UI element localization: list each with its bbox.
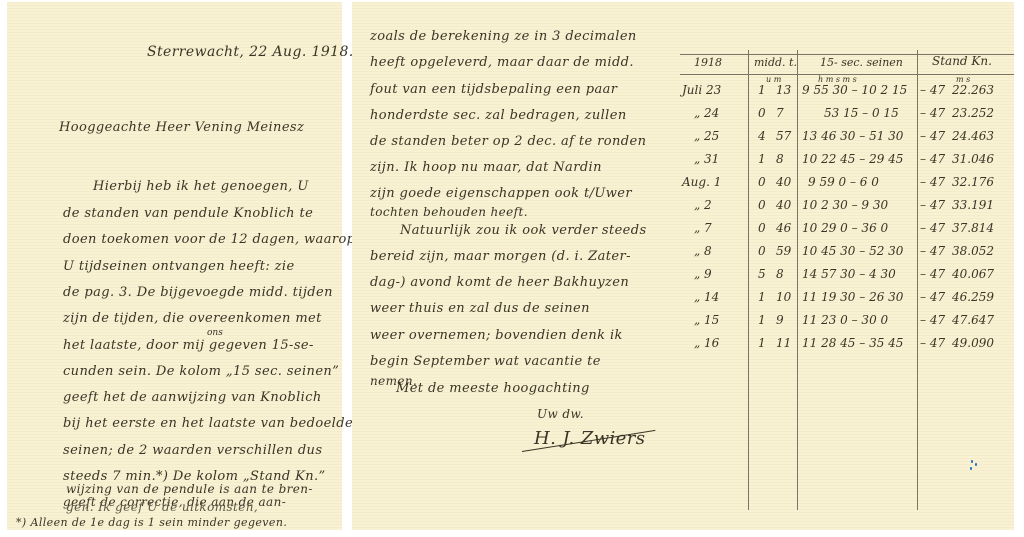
stand-s-cell: 33.191	[952, 198, 994, 212]
date-cell: „ 14	[694, 290, 719, 304]
body-line: zijn goede eigenschappen ook t/Uwer	[370, 186, 632, 201]
table-row: „ 8 0 59 10 45 30 – 52 30 – 47 38.052	[680, 244, 1014, 266]
body-line: bij het eerste en het laatste van bedoel…	[63, 416, 353, 431]
body-line: de standen beter op 2 dec. af te ronden	[370, 134, 646, 149]
stand-m-cell: – 47	[920, 83, 945, 97]
stand-m-cell: – 47	[920, 290, 945, 304]
header-midd: midd. t.	[754, 56, 797, 69]
body-line: de standen van pendule Knoblich te	[63, 206, 313, 221]
midd-m-cell: 8	[776, 267, 784, 281]
header-seinen: 15- sec. seinen	[820, 56, 903, 69]
stand-s-cell: 40.067	[952, 267, 994, 281]
interlinear-insertion: ons	[207, 328, 223, 338]
date-cell: „ 8	[694, 244, 712, 258]
seinen-cell: 10 22 45 – 29 45	[802, 152, 903, 166]
seinen-cell: 14 57 30 – 4 30	[802, 267, 896, 281]
stand-m-cell: – 47	[920, 152, 945, 166]
midd-u-cell: 0	[758, 221, 766, 235]
seinen-cell: 11 23 0 – 30 0	[802, 313, 888, 327]
stand-m-cell: – 47	[920, 244, 945, 258]
seinen-cell: 10 29 0 – 36 0	[802, 221, 888, 235]
seinen-cell: 13 46 30 – 51 30	[802, 129, 903, 143]
table-row: „ 25 4 57 13 46 30 – 51 30 – 47 24.463	[680, 129, 1014, 151]
body-line: dag-) avond komt de heer Bakhuyzen	[370, 275, 629, 290]
salutation: Hooggeachte Heer Vening Meinesz	[59, 120, 304, 135]
header-stand: Stand Kn.	[932, 54, 992, 68]
letter-page-1: Sterrewacht, 22 Aug. 1918. Hooggeachte H…	[7, 2, 342, 530]
midd-m-cell: 9	[776, 313, 784, 327]
stand-s-cell: 31.046	[952, 152, 994, 166]
midd-m-cell: 8	[776, 152, 784, 166]
letter-page-2: zoals de berekening ze in 3 decimalen he…	[352, 2, 1014, 530]
body-line: bereid zijn, maar morgen (d. i. Zater-	[370, 249, 631, 264]
dateline: Sterrewacht, 22 Aug. 1918.	[147, 44, 354, 60]
seinen-cell: 53 15 – 0 15	[824, 106, 899, 120]
table-row: Juli 23 1 13 9 55 30 – 10 2 15 – 47 22.2…	[680, 83, 1014, 105]
table-row: „ 15 1 9 11 23 0 – 30 0 – 47 47.647	[680, 313, 1014, 335]
body-line: geeft het de aanwijzing van Knoblich	[63, 390, 322, 405]
stand-m-cell: – 47	[920, 198, 945, 212]
seinen-cell: 10 45 30 – 52 30	[802, 244, 903, 258]
stand-m-cell: – 47	[920, 313, 945, 327]
date-cell: „ 16	[694, 336, 719, 350]
midd-m-cell: 7	[776, 106, 784, 120]
body-line: zijn. Ik hoop nu maar, dat Nardin	[370, 160, 602, 175]
midd-u-cell: 0	[758, 198, 766, 212]
closing-2: Uw dw.	[537, 407, 584, 421]
table-row: Aug. 1 0 40 9 59 0 – 6 0 – 47 32.176	[680, 175, 1014, 197]
pendulum-rate-table: 1918 midd. t. 15- sec. seinen Stand Kn. …	[680, 50, 1014, 510]
date-cell: Juli 23	[682, 83, 721, 97]
stand-m-cell: – 47	[920, 336, 945, 350]
body-line: doen toekomen voor de 12 dagen, waarop	[63, 232, 355, 247]
date-cell: „ 7	[694, 221, 712, 235]
stand-s-cell: 49.090	[952, 336, 994, 350]
body-line: Natuurlijk zou ik ook verder steeds	[400, 223, 647, 238]
blue-ink-mark	[970, 460, 978, 472]
table-row: „ 31 1 8 10 22 45 – 29 45 – 47 31.046	[680, 152, 1014, 174]
header-year: 1918	[694, 56, 722, 69]
body-line: wijzing van de pendule is aan te bren-	[66, 482, 313, 496]
seinen-cell: 11 28 45 – 35 45	[802, 336, 903, 350]
stand-s-cell: 47.647	[952, 313, 994, 327]
body-line: de pag. 3. De bijgevoegde midd. tijden	[63, 285, 333, 300]
midd-u-cell: 5	[758, 267, 766, 281]
closing: Met de meeste hoogachting	[396, 381, 590, 396]
stand-m-cell: – 47	[920, 129, 945, 143]
midd-u-cell: 0	[758, 244, 766, 258]
body-line: zoals de berekening ze in 3 decimalen	[370, 29, 637, 44]
date-cell: „ 25	[694, 129, 719, 143]
midd-u-cell: 4	[758, 129, 766, 143]
body-line: fout van een tijdsbepaling een paar	[370, 82, 617, 97]
body-line: Hierbij heb ik het genoegen, U	[93, 179, 309, 194]
date-cell: Aug. 1	[682, 175, 721, 189]
stand-s-cell: 38.052	[952, 244, 994, 258]
seinen-cell: 9 55 30 – 10 2 15	[802, 83, 907, 97]
body-line: weer thuis en zal dus de seinen	[370, 301, 590, 316]
stand-m-cell: – 47	[920, 106, 945, 120]
table-row: „ 2 0 40 10 2 30 – 9 30 – 47 33.191	[680, 198, 1014, 220]
body-line: het laatste, door mij gegeven 15-se-	[63, 338, 314, 353]
body-line: honderdste sec. zal bedragen, zullen	[370, 108, 627, 123]
stand-m-cell: – 47	[920, 267, 945, 281]
body-line: weer overnemen; bovendien denk ik	[370, 328, 623, 343]
midd-m-cell: 13	[776, 83, 791, 97]
midd-m-cell: 59	[776, 244, 791, 258]
seinen-cell: 10 2 30 – 9 30	[802, 198, 888, 212]
body-line: U tijdseinen ontvangen heeft: zie	[63, 259, 295, 274]
body-line: begin September wat vacantie te	[370, 354, 601, 369]
table-row: „ 24 0 7 53 15 – 0 15 – 47 23.252	[680, 106, 1014, 128]
date-cell: „ 2	[694, 198, 712, 212]
stand-s-cell: 37.814	[952, 221, 994, 235]
midd-u-cell: 0	[758, 106, 766, 120]
midd-u-cell: 0	[758, 175, 766, 189]
date-cell: „ 31	[694, 152, 719, 166]
stand-m-cell: – 47	[920, 221, 945, 235]
date-cell: „ 9	[694, 267, 712, 281]
midd-m-cell: 40	[776, 175, 791, 189]
body-line: seinen; de 2 waarden verschillen dus	[63, 443, 322, 458]
midd-u-cell: 1	[758, 83, 766, 97]
footnote: *) Alleen de 1e dag is 1 sein minder geg…	[16, 516, 287, 529]
table-row: „ 16 1 11 11 28 45 – 35 45 – 47 49.090	[680, 336, 1014, 358]
stand-s-cell: 24.463	[952, 129, 994, 143]
stand-s-cell: 32.176	[952, 175, 994, 189]
seinen-cell: 11 19 30 – 26 30	[802, 290, 903, 304]
midd-u-cell: 1	[758, 290, 766, 304]
midd-m-cell: 46	[776, 221, 791, 235]
midd-m-cell: 10	[776, 290, 791, 304]
midd-m-cell: 40	[776, 198, 791, 212]
midd-u-cell: 1	[758, 336, 766, 350]
table-row: „ 9 5 8 14 57 30 – 4 30 – 47 40.067	[680, 267, 1014, 289]
body-line: tochten behouden heeft.	[370, 205, 528, 219]
stand-m-cell: – 47	[920, 175, 945, 189]
body-line: gen. Ik geef U de uitkomsten,	[66, 500, 258, 514]
date-cell: „ 24	[694, 106, 719, 120]
table-row: „ 14 1 10 11 19 30 – 26 30 – 47 46.259	[680, 290, 1014, 312]
body-line: zijn de tijden, die overeenkomen met	[63, 311, 322, 326]
table-row: „ 7 0 46 10 29 0 – 36 0 – 47 37.814	[680, 221, 1014, 243]
midd-u-cell: 1	[758, 313, 766, 327]
stand-s-cell: 22.263	[952, 83, 994, 97]
stand-s-cell: 46.259	[952, 290, 994, 304]
stand-s-cell: 23.252	[952, 106, 994, 120]
date-cell: „ 15	[694, 313, 719, 327]
seinen-cell: 9 59 0 – 6 0	[808, 175, 879, 189]
body-line: heeft opgeleverd, maar daar de midd.	[370, 55, 634, 70]
midd-m-cell: 11	[776, 336, 791, 350]
midd-u-cell: 1	[758, 152, 766, 166]
body-line: cunden sein. De kolom „15 sec. seinen”	[63, 364, 339, 379]
midd-m-cell: 57	[776, 129, 791, 143]
